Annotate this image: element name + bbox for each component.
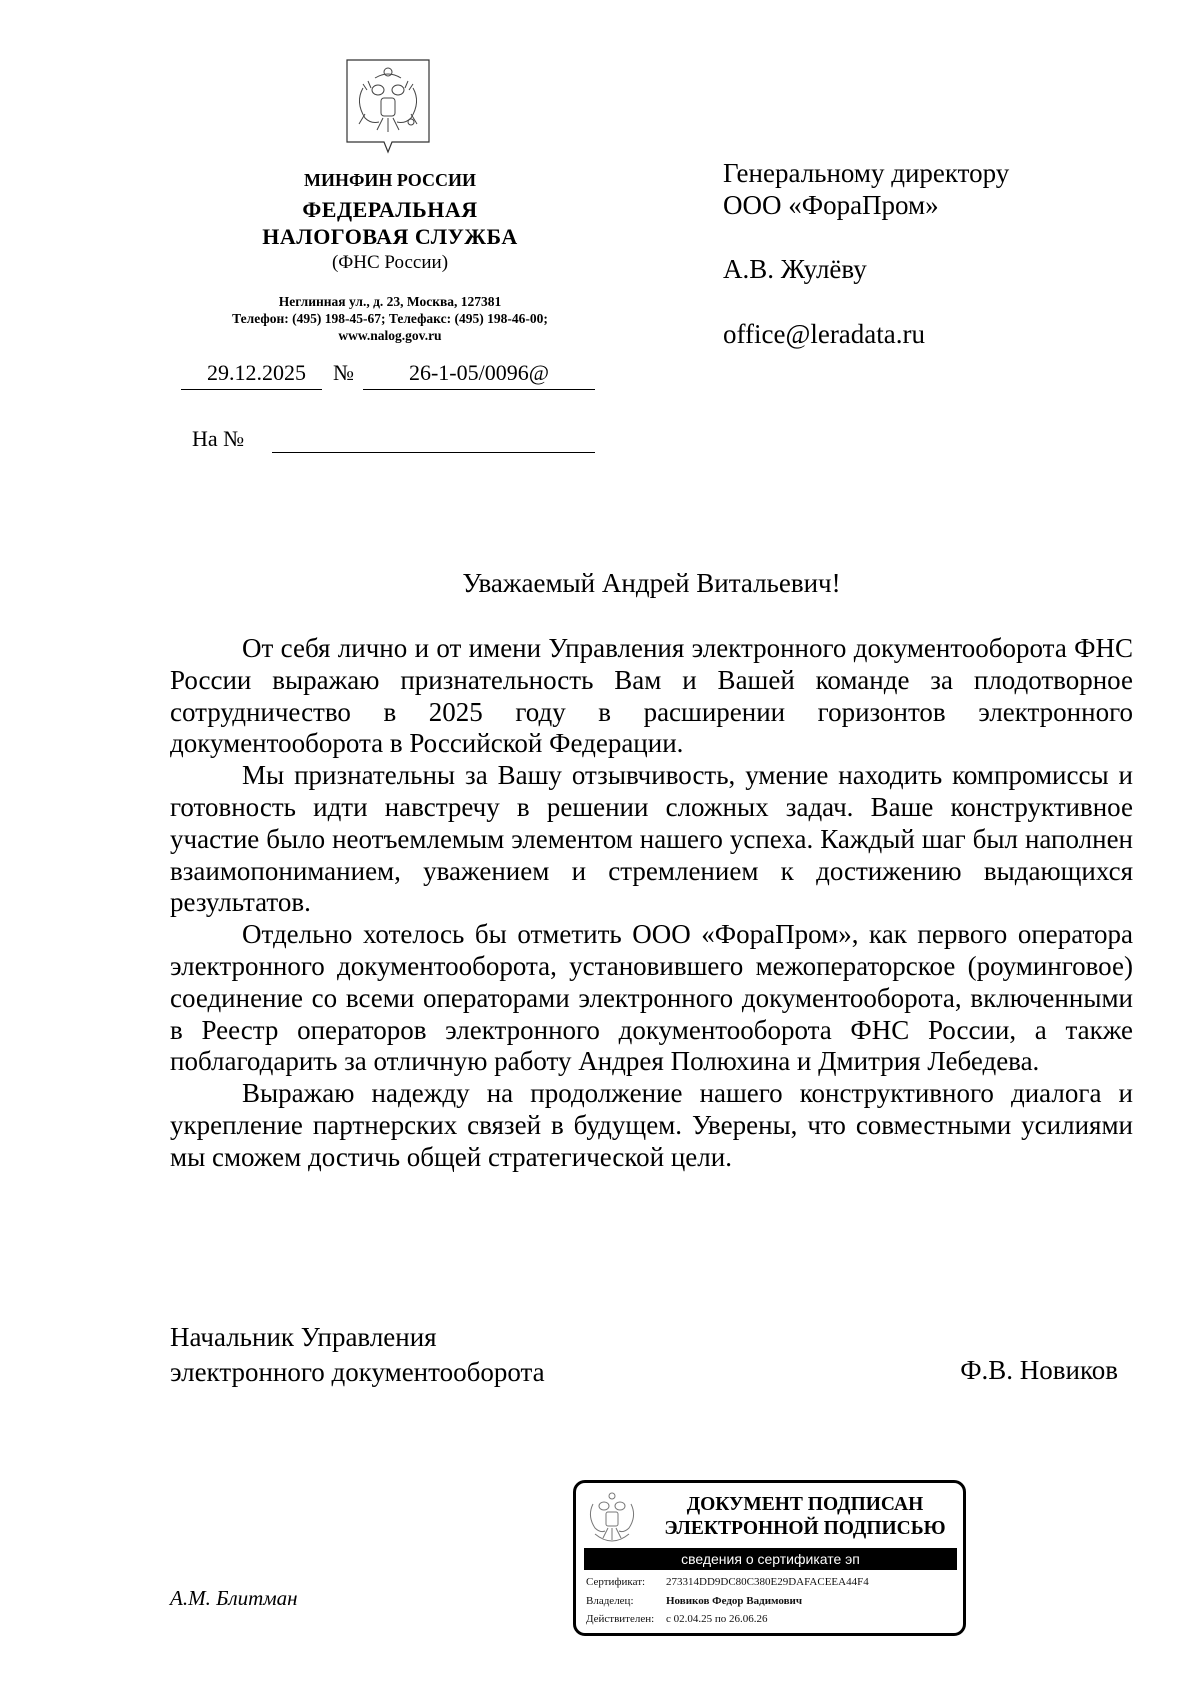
reference-label: На №	[192, 426, 244, 452]
agency-phones: Телефон: (495) 198-45-67; Телефакс: (495…	[170, 311, 610, 327]
certificate-value: 273314DD9DC80C380E29DAFACEEA44F4	[666, 1576, 869, 1588]
agency-address: Неглинная ул., д. 23, Москва, 127381	[170, 294, 610, 310]
reference-field-line	[272, 452, 595, 453]
document-number: 26-1-05/0096@	[363, 360, 595, 390]
recipient-position: Генеральному директору	[723, 158, 1009, 189]
coat-of-arms-icon	[345, 58, 431, 156]
recipient-company: ООО «ФораПром»	[723, 190, 939, 221]
body-paragraph-4: Выражаю надежду на продолжение нашего ко…	[170, 1078, 1133, 1173]
letter-body: От себя лично и от имени Управления элек…	[170, 633, 1133, 1174]
signatory-name: Ф.В. Новиков	[960, 1355, 1118, 1386]
executor-name: А.М. Блитман	[170, 1586, 298, 1611]
stamp-title: ДОКУМЕНТ ПОДПИСАН ЭЛЕКТРОННОЙ ПОДПИСЬЮ	[650, 1493, 960, 1541]
certificate-label: Сертификат:	[586, 1576, 666, 1588]
validity-value: с 02.04.25 по 26.06.26	[666, 1613, 768, 1625]
owner-value: Новиков Федор Вадимович	[666, 1595, 802, 1607]
agency-website: www.nalog.gov.ru	[170, 328, 610, 344]
body-paragraph-3: Отдельно хотелось бы отметить ООО «ФораП…	[170, 919, 1133, 1078]
agency-name-line1: ФЕДЕРАЛЬНАЯ	[170, 197, 610, 223]
number-sign: №	[333, 360, 354, 390]
body-paragraph-1: От себя лично и от имени Управления элек…	[170, 633, 1133, 760]
signatory-title-line2: электронного документооборота	[170, 1355, 545, 1390]
agency-name-line2: НАЛОГОВАЯ СЛУЖБА	[170, 224, 610, 250]
ministry-name: МИНФИН РОССИИ	[170, 170, 610, 191]
stamp-coat-of-arms-icon	[585, 1490, 639, 1550]
recipient-name: А.В. Жулёву	[723, 254, 867, 285]
signatory-title-line1: Начальник Управления	[170, 1320, 545, 1355]
recipient-email: office@leradata.ru	[723, 319, 925, 350]
greeting: Уважаемый Андрей Витальевич!	[170, 568, 1133, 599]
owner-label: Владелец:	[586, 1595, 666, 1607]
owner-row: Владелец:Новиков Федор Вадимович	[586, 1595, 802, 1607]
validity-row: Действителен:с 02.04.25 по 26.06.26	[586, 1613, 768, 1625]
agency-short-name: (ФНС России)	[170, 252, 610, 274]
certificate-row: Сертификат:273314DD9DC80C380E29DAFACEEA4…	[586, 1576, 869, 1588]
certificate-info-bar: сведения о сертификате эп	[584, 1548, 957, 1570]
stamp-title-line2: ЭЛЕКТРОННОЙ ПОДПИСЬЮ	[650, 1517, 960, 1541]
signatory-title: Начальник Управления электронного докуме…	[170, 1320, 545, 1390]
document-date: 29.12.2025	[181, 360, 322, 390]
stamp-title-line1: ДОКУМЕНТ ПОДПИСАН	[650, 1493, 960, 1517]
body-paragraph-2: Мы признательны за Вашу отзывчивость, ум…	[170, 760, 1133, 919]
validity-label: Действителен:	[586, 1613, 666, 1625]
